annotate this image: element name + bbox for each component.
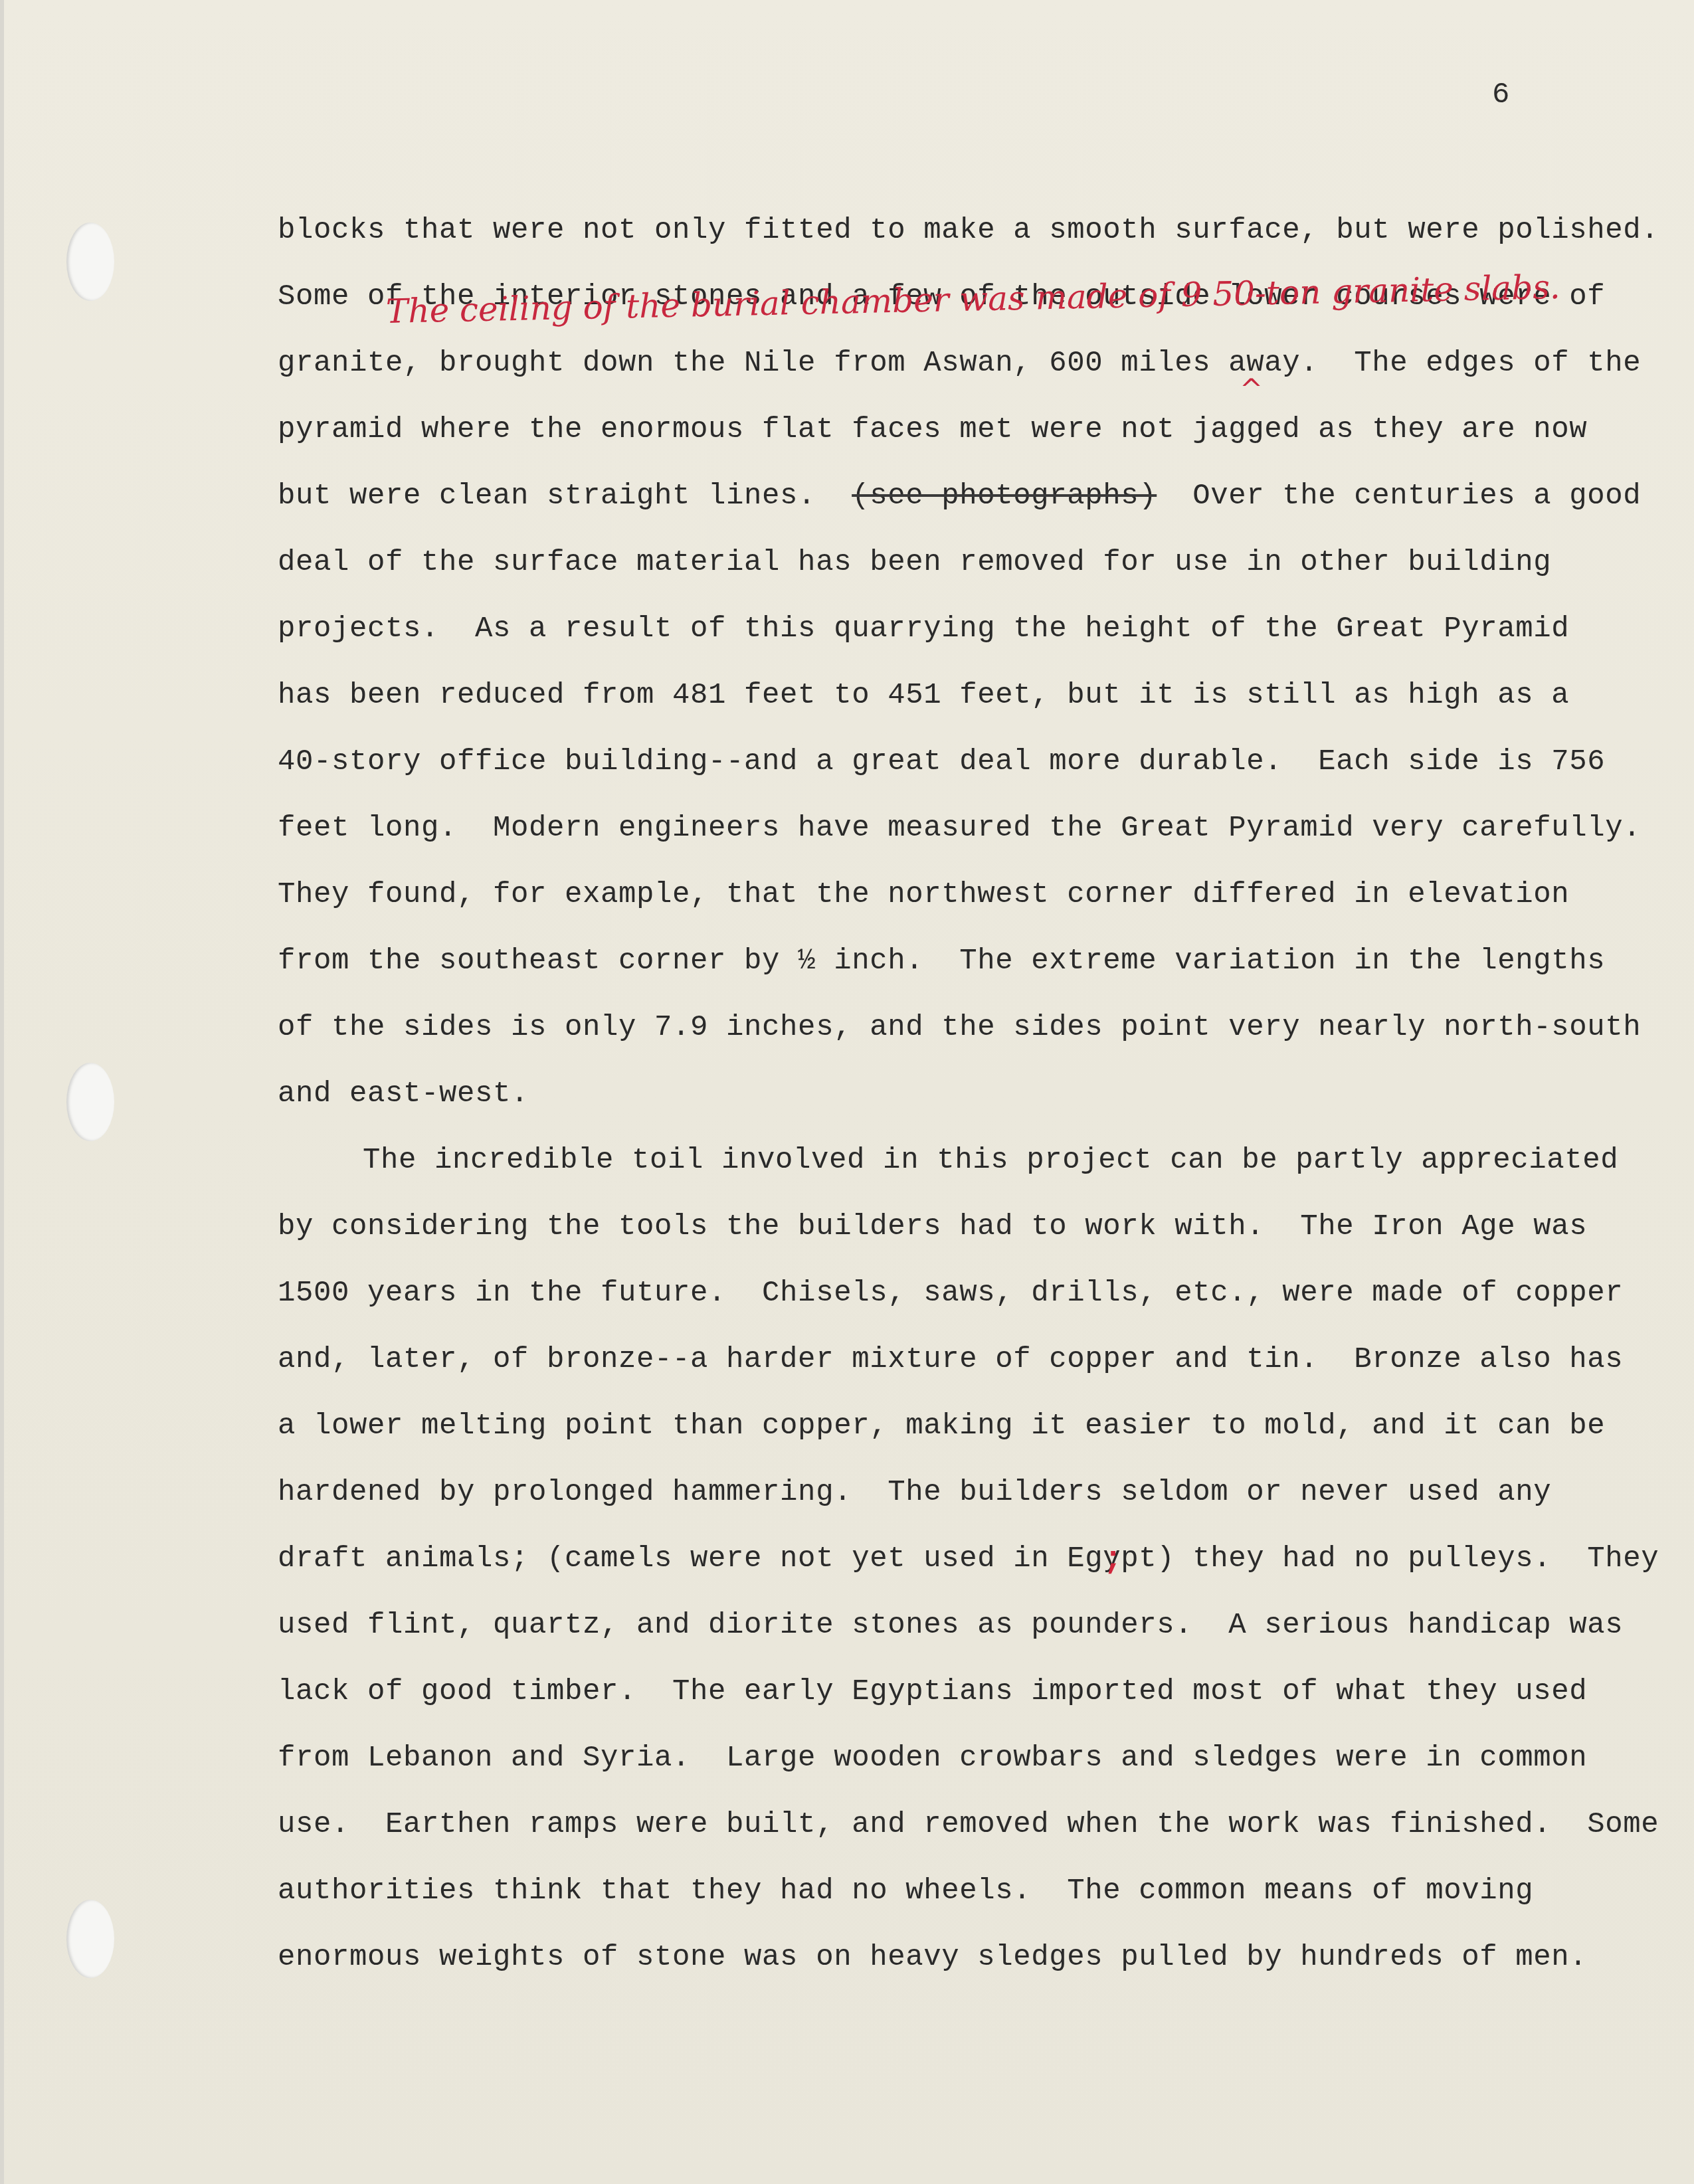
struck-text: (see photographs) bbox=[852, 480, 1157, 513]
text-segment: but were clean straight lines. bbox=[278, 480, 852, 513]
handwritten-insert: The ceiling of the burial chamber was ma… bbox=[385, 268, 1560, 331]
text-line: and, later, of bronze--a harder mixture … bbox=[278, 1343, 1623, 1376]
text-line: pyramid where the enormous flat faces me… bbox=[278, 413, 1587, 446]
insert-caret: ^ bbox=[1240, 373, 1263, 406]
text-segment: Over the centuries a good bbox=[1157, 480, 1641, 513]
punch-hole bbox=[66, 1063, 114, 1141]
text-line: blocks that were not only fitted to make… bbox=[278, 214, 1659, 247]
document-page: 6 blocks that were not only fitted to ma… bbox=[0, 0, 1694, 2184]
text-line: from Lebanon and Syria. Large wooden cro… bbox=[278, 1742, 1587, 1775]
punch-hole bbox=[66, 223, 114, 301]
page-number: 6 bbox=[1492, 78, 1509, 112]
text-line: feet long. Modern engineers have measure… bbox=[278, 812, 1641, 845]
text-line: by considering the tools the builders ha… bbox=[278, 1210, 1587, 1243]
text-line: and east-west. bbox=[278, 1077, 529, 1111]
text-line: of the sides is only 7.9 inches, and the… bbox=[278, 1011, 1641, 1044]
semicolon-correction: ; bbox=[1103, 1542, 1123, 1578]
punch-hole bbox=[66, 1900, 114, 1978]
text-line: but were clean straight lines. (see phot… bbox=[278, 480, 1641, 513]
text-line: 40-story office building--and a great de… bbox=[278, 745, 1605, 778]
text-line: They found, for example, that the northw… bbox=[278, 878, 1569, 911]
text-line: from the southeast corner by ½ inch. The… bbox=[278, 945, 1605, 978]
paragraph-first-line: The incredible toil involved in this pro… bbox=[363, 1144, 1618, 1177]
text-line: a lower melting point than copper, makin… bbox=[278, 1410, 1605, 1443]
text-line: 1500 years in the future. Chisels, saws,… bbox=[278, 1277, 1623, 1310]
text-line: projects. As a result of this quarrying … bbox=[278, 612, 1569, 646]
text-line: lack of good timber. The early Egyptians… bbox=[278, 1675, 1587, 1708]
text-line: has been reduced from 481 feet to 451 fe… bbox=[278, 679, 1569, 712]
text-line: use. Earthen ramps were built, and remov… bbox=[278, 1808, 1659, 1841]
text-line: deal of the surface material has been re… bbox=[278, 546, 1551, 579]
text-line: enormous weights of stone was on heavy s… bbox=[278, 1941, 1587, 1974]
text-line: authorities think that they had no wheel… bbox=[278, 1874, 1533, 1908]
text-line: used flint, quartz, and diorite stones a… bbox=[278, 1609, 1623, 1642]
text-line: hardened by prolonged hammering. The bui… bbox=[278, 1476, 1551, 1509]
text-line: draft animals; (camels were not yet used… bbox=[278, 1542, 1659, 1576]
text-line: granite, brought down the Nile from Aswa… bbox=[278, 347, 1641, 380]
